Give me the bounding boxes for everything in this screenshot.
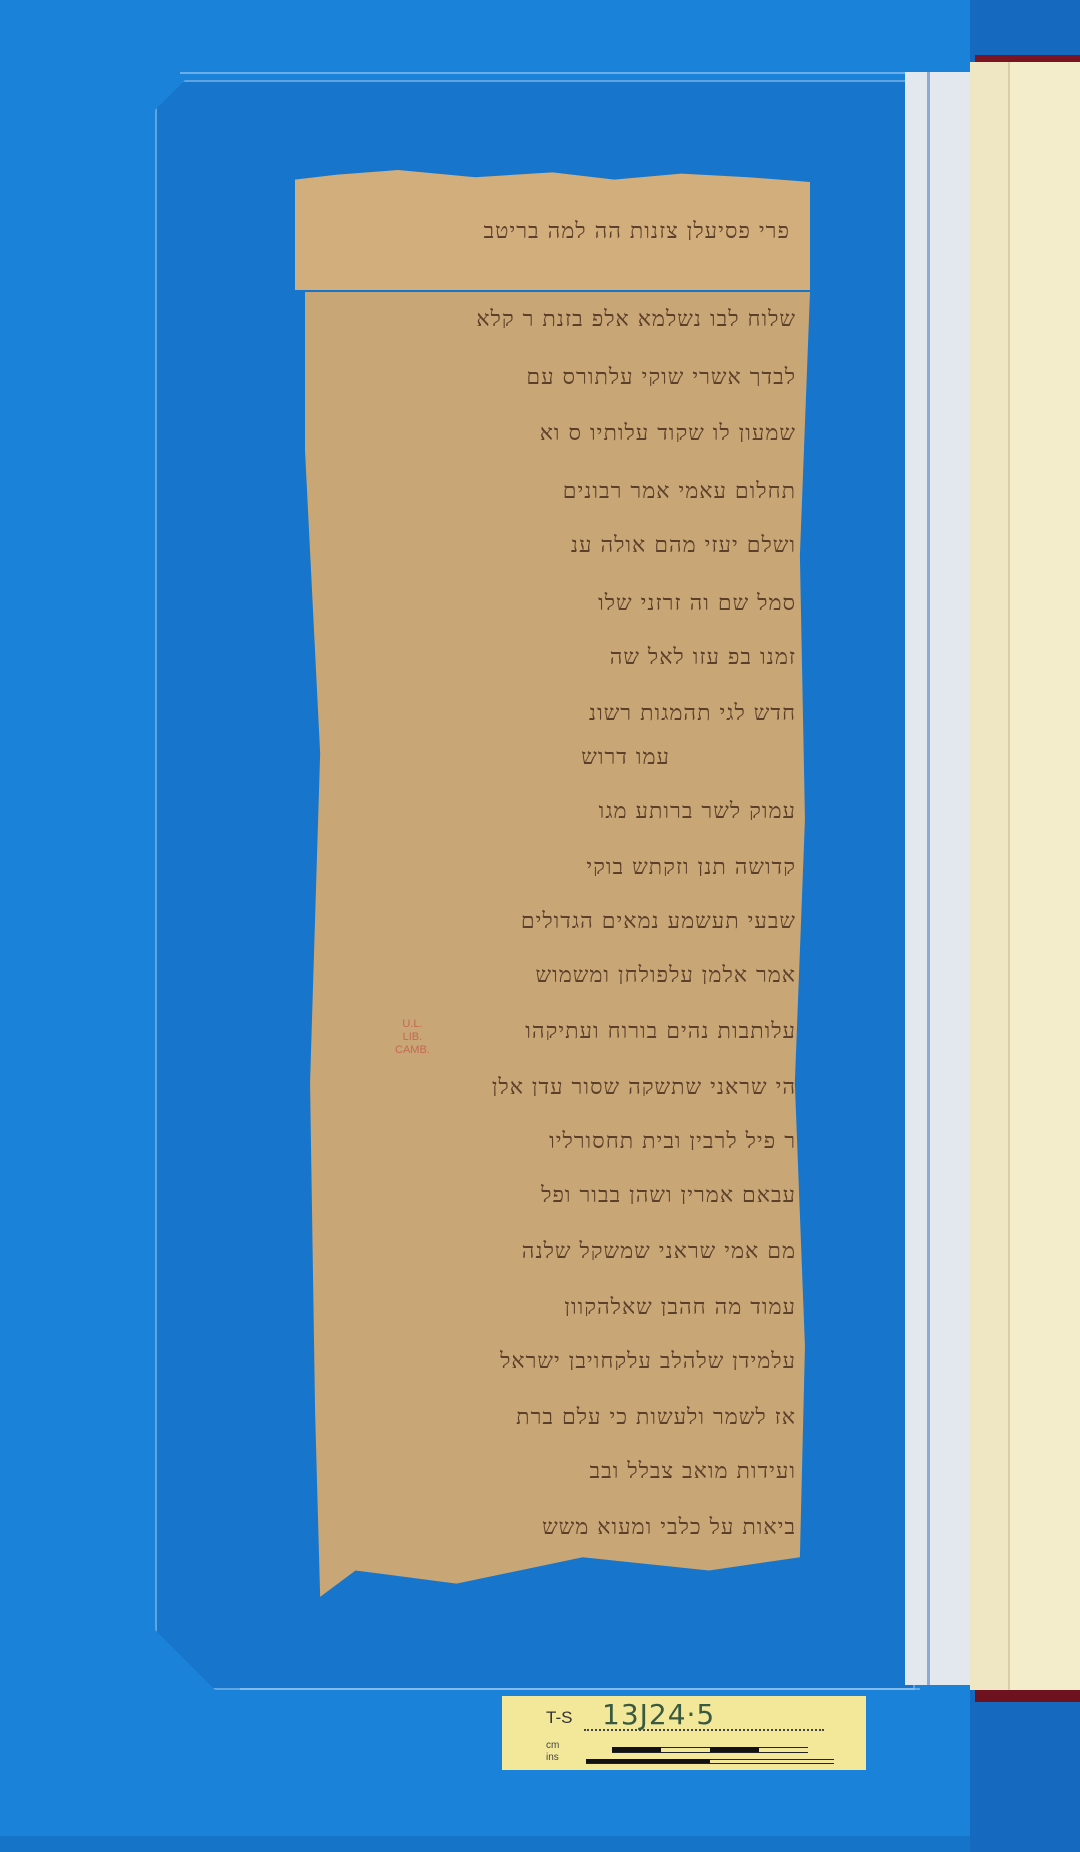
stamp-line: U.L. xyxy=(395,1018,430,1031)
manuscript-line: עמו דרוש xyxy=(390,744,670,766)
sleeve-bottom-edge xyxy=(240,1688,920,1690)
tissue-strip xyxy=(905,72,970,1685)
shelfmark-label: T-S 13J24·5 cm ins xyxy=(502,1696,866,1770)
stamp-line: LIB. xyxy=(395,1031,430,1044)
manuscript-header-strip: פרי פסיעלן צזנות הה למה בריטב xyxy=(295,170,810,290)
book-binding-bottom xyxy=(975,1688,1080,1702)
manuscript-line: חדש לגי תהמגות רשונ xyxy=(326,700,796,722)
stamp-line: CAMB. xyxy=(395,1044,430,1057)
manuscript-line: ר פיל לרבין ובית תחסורליו xyxy=(326,1128,796,1150)
manuscript-line: אמר אלמן עלפולחן ומשמוש xyxy=(326,962,796,984)
tissue-blue-rule xyxy=(927,72,930,1685)
manuscript-line: ועידות מואב צבלל ובב xyxy=(326,1458,796,1480)
shelfmark-number: 13J24·5 xyxy=(602,1698,715,1731)
cm-scale-bar xyxy=(612,1747,808,1753)
manuscript-fragment: שלוח לבו נשלמא אלפ בזנת ר קלא לבדך אשרי … xyxy=(305,292,810,1610)
cm-label: cm xyxy=(546,1740,559,1751)
manuscript-line: עלמידן שלהלב עלקחויבן ישראל xyxy=(326,1348,796,1370)
manuscript-line: זמנו בפ עזו לאל שה xyxy=(326,644,796,666)
board-edge xyxy=(0,1836,970,1852)
manuscript-header-line: פרי פסיעלן צזנות הה למה בריטב xyxy=(310,218,790,240)
manuscript-line: ביאות על כלבי ומעוא משש xyxy=(326,1514,796,1536)
manuscript-line: קדושה תנן וזקתש בוקי xyxy=(326,854,796,876)
manuscript-line: שמעון לו שקוד עלותיו ס וא xyxy=(326,420,796,442)
sleeve-top-edge xyxy=(180,72,910,74)
manuscript-line: מם אמי שראני שמשקל שלנה xyxy=(326,1238,796,1260)
manuscript-line: ושלם יעזי מהם אולה ענ xyxy=(376,532,796,554)
book-page-left xyxy=(970,62,1010,1690)
book-page-right xyxy=(1010,62,1080,1690)
manuscript-line: עמוד מה חהבן שאלהקוון xyxy=(326,1294,796,1316)
manuscript-line: לבדך אשרי שוקי עלתורס עם xyxy=(326,364,796,386)
manuscript-line: עבאם אמרין ושהן בבור ופל xyxy=(326,1182,796,1204)
library-stamp: U.L. LIB. CAMB. xyxy=(395,1018,430,1057)
manuscript-line: תחלום עאמי אמר רבונים xyxy=(326,478,796,500)
ins-label: ins xyxy=(546,1752,559,1763)
manuscript-line: הי שראני שתשקה שסור עדן אלן xyxy=(326,1074,796,1096)
manuscript-line: שבעי תעשמע נמאים הגדולים xyxy=(326,908,796,930)
manuscript-line: אז לשמר ולעשות כי עלם ברת xyxy=(326,1404,796,1426)
manuscript-line: סמל שם וה זרזני שלו xyxy=(326,590,796,612)
label-dotted-line xyxy=(584,1729,824,1731)
manuscript-line: עמוק לשר ברותע מגו xyxy=(326,798,796,820)
label-prefix: T-S xyxy=(546,1708,572,1728)
inch-scale-bar xyxy=(586,1759,834,1764)
manuscript-line: שלוח לבו נשלמא אלפ בזנת ר קלא xyxy=(326,306,796,328)
